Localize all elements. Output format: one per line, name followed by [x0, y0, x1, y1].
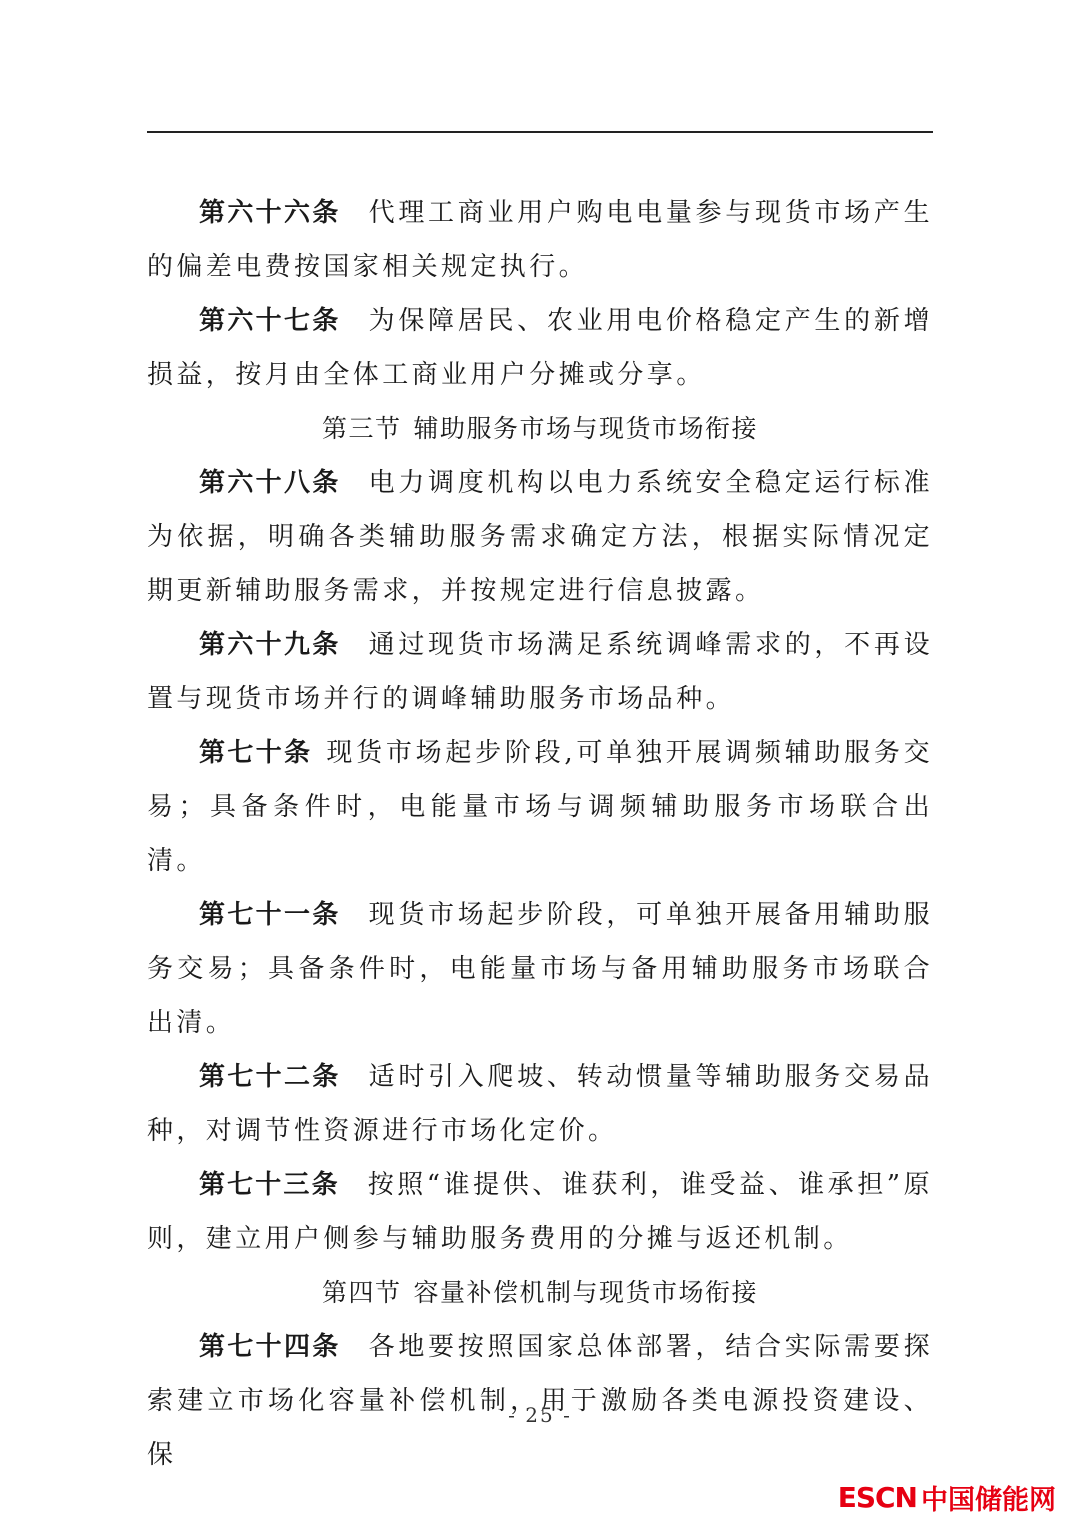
article-71: 第七十一条现货市场起步阶段，可单独开展备用辅助服务交易；具备条件时，电能量市场与…	[147, 888, 933, 1050]
escn-watermark-logo: ESCN 中国储能网	[838, 1478, 1056, 1517]
article-74: 第七十四条各地要按照国家总体部署，结合实际需要探索建立市场化容量补偿机制，用于激…	[147, 1320, 933, 1482]
article-number: 第七十三条	[199, 1170, 340, 1200]
article-number: 第七十四条	[199, 1332, 341, 1362]
article-number: 第七十条	[199, 738, 312, 768]
document-body: 第六十六条代理工商业用户购电电量参与现货市场产生的偏差电费按国家相关规定执行。 …	[147, 186, 933, 1482]
article-number: 第六十八条	[199, 468, 341, 498]
article-67: 第六十七条为保障居民、农业用电价格稳定产生的新增损益，按月由全体工商业用户分摊或…	[147, 294, 933, 402]
article-number: 第七十一条	[199, 900, 341, 930]
article-number: 第七十二条	[199, 1062, 341, 1092]
article-number: 第六十七条	[199, 306, 341, 336]
article-72: 第七十二条适时引入爬坡、转动惯量等辅助服务交易品种，对调节性资源进行市场化定价。	[147, 1050, 933, 1158]
article-66: 第六十六条代理工商业用户购电电量参与现货市场产生的偏差电费按国家相关规定执行。	[147, 186, 933, 294]
article-70: 第七十条现货市场起步阶段,可单独开展调频辅助服务交易；具备条件时，电能量市场与调…	[147, 726, 933, 888]
article-number: 第六十六条	[199, 198, 341, 228]
article-68: 第六十八条电力调度机构以电力系统安全稳定运行标准为依据，明确各类辅助服务需求确定…	[147, 456, 933, 618]
section-title: 容量补偿机制与现货市场衔接	[414, 1278, 759, 1307]
section-number: 第三节	[322, 414, 402, 443]
watermark-latin: ESCN	[838, 1481, 917, 1514]
article-69: 第六十九条通过现货市场满足系统调峰需求的，不再设置与现货市场并行的调峰辅助服务市…	[147, 618, 933, 726]
section-title: 辅助服务市场与现货市场衔接	[414, 414, 759, 443]
section-heading-3: 第三节辅助服务市场与现货市场衔接	[147, 402, 933, 456]
article-73: 第七十三条按照“谁提供、谁获利，谁受益、谁承担”原则，建立用户侧参与辅助服务费用…	[147, 1158, 933, 1266]
watermark-chinese: 中国储能网	[921, 1478, 1056, 1517]
section-number: 第四节	[322, 1278, 402, 1307]
section-heading-4: 第四节容量补偿机制与现货市场衔接	[147, 1266, 933, 1320]
page-number: - 25 -	[0, 1403, 1080, 1427]
article-number: 第六十九条	[199, 630, 341, 660]
header-rule	[147, 131, 933, 133]
